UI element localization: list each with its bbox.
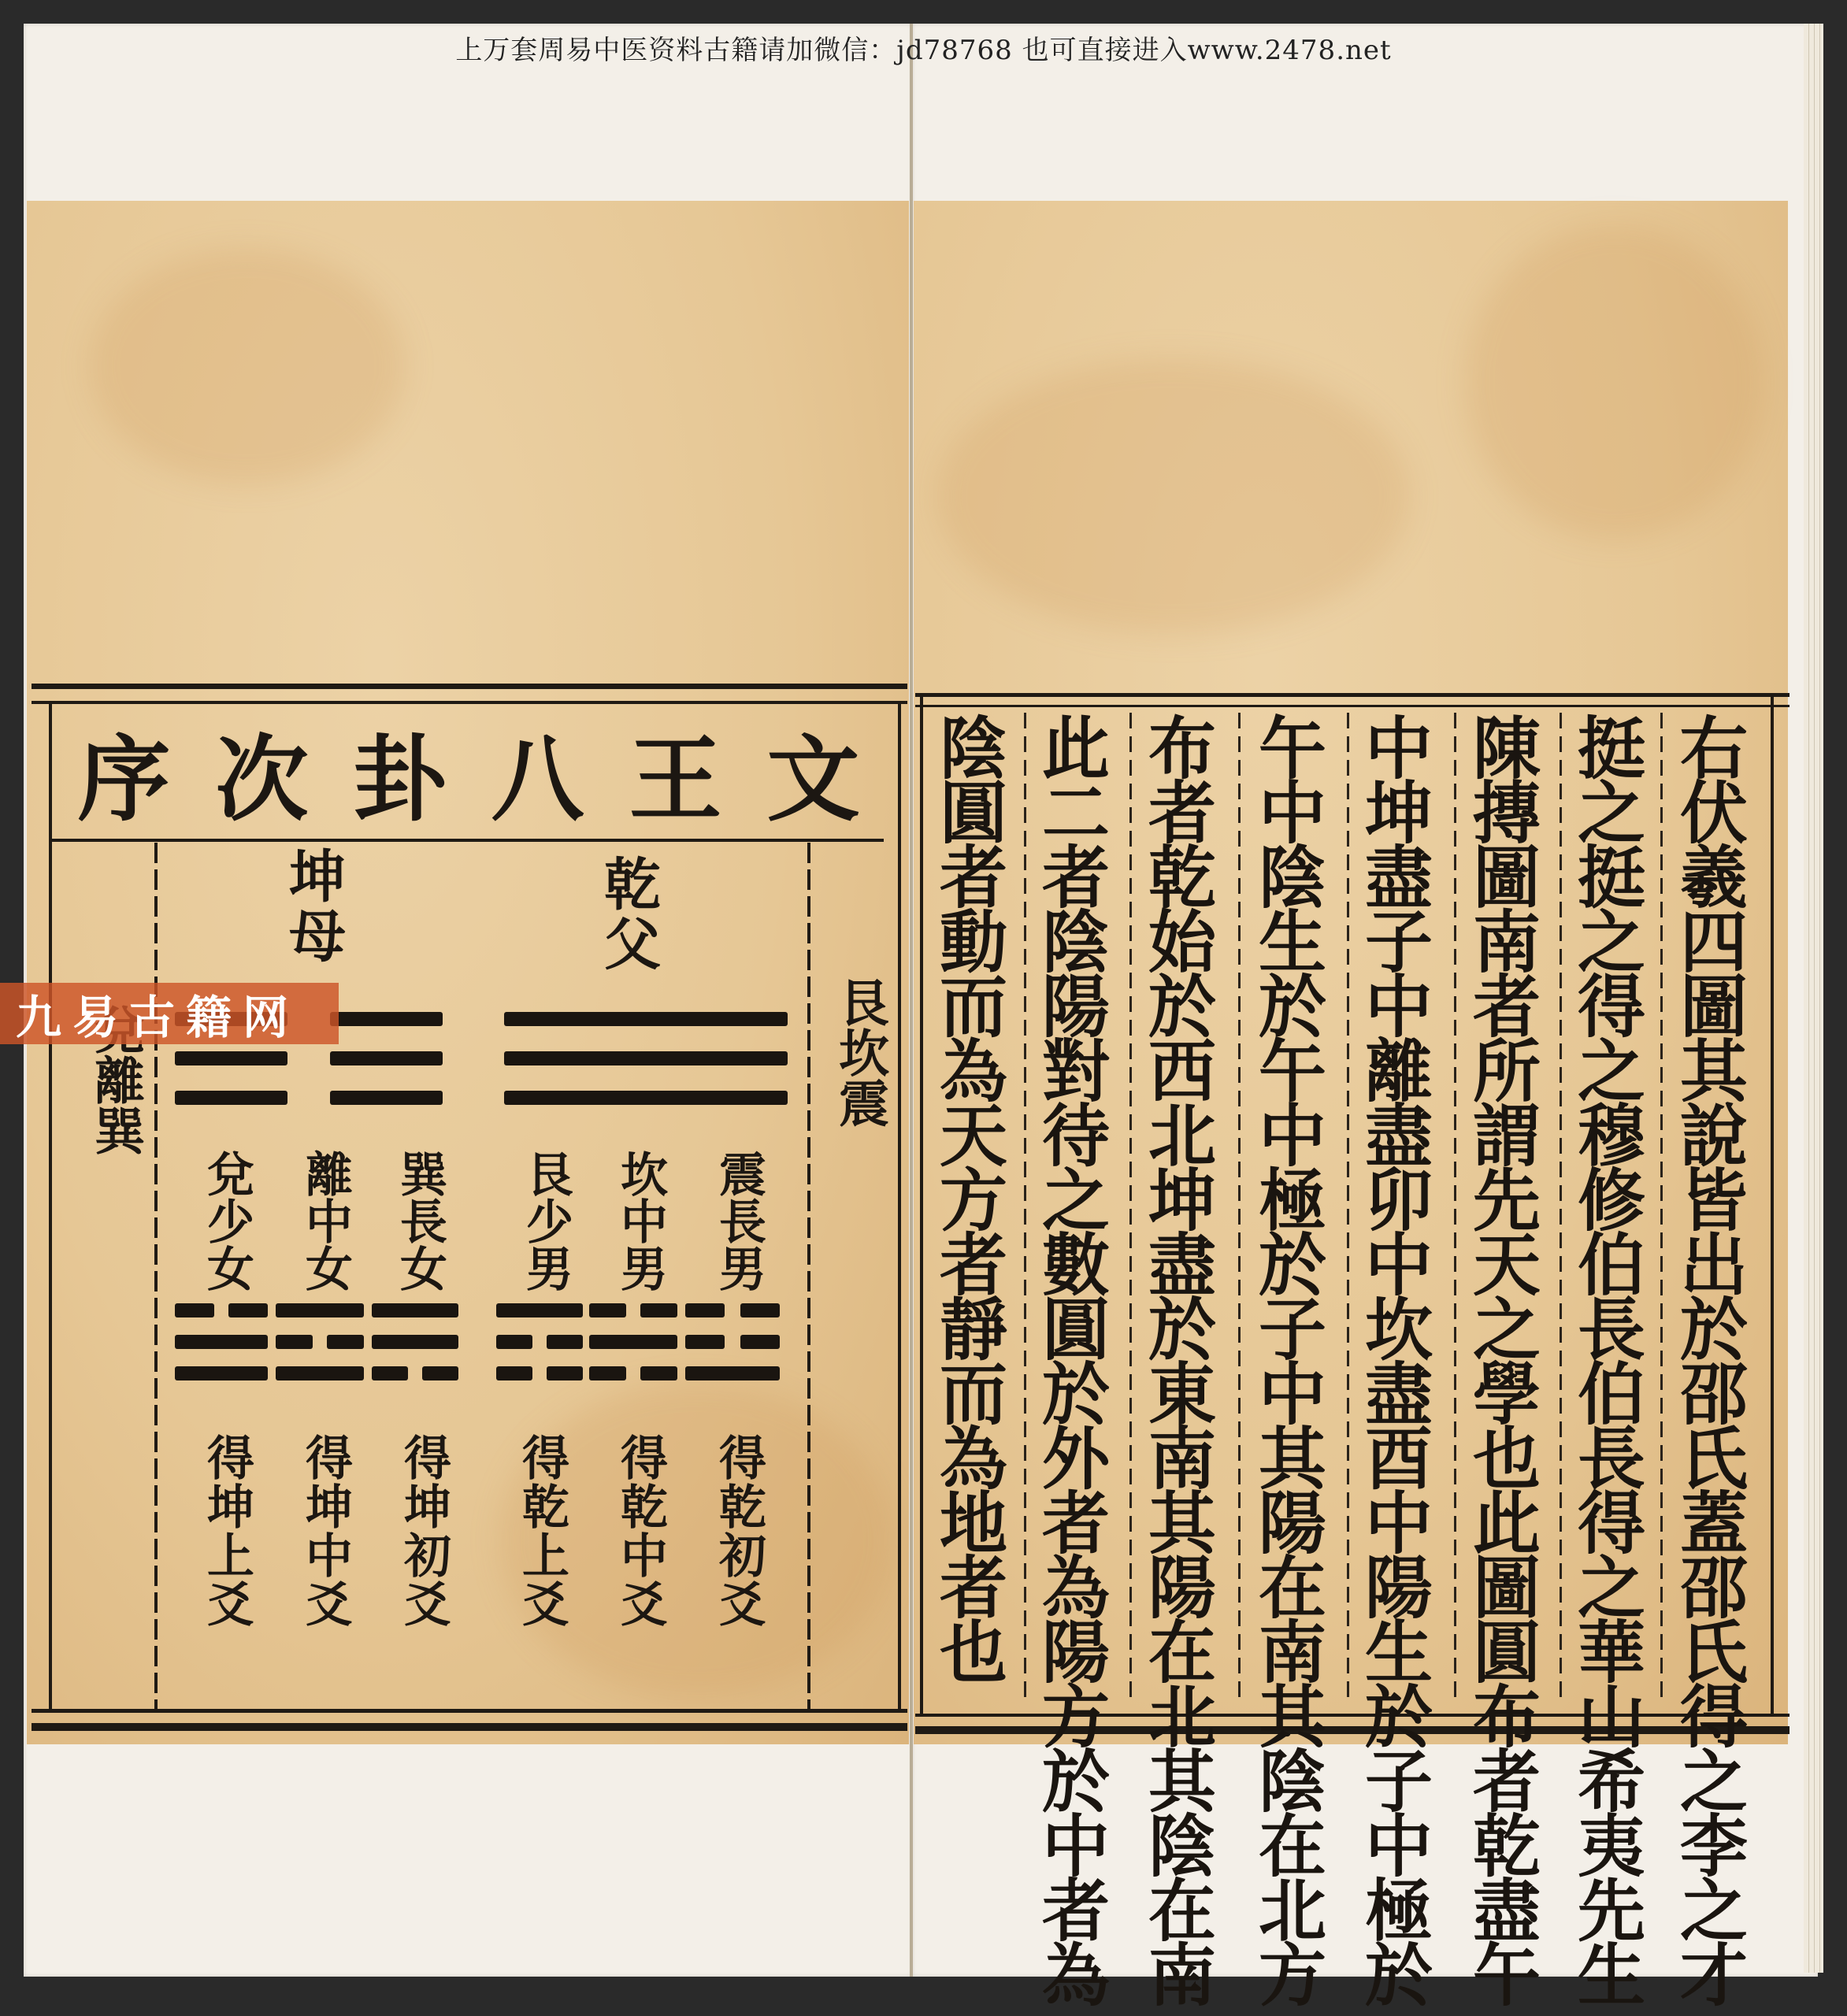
column-separator — [1660, 713, 1663, 1697]
text-column-7: 此二者陰陽對待之數圓於外者為陽方於中者為 — [1036, 713, 1103, 2004]
column-separator — [1560, 713, 1562, 1697]
left-page — [27, 201, 909, 1744]
trigram-line — [685, 1366, 780, 1380]
trigram-line — [276, 1366, 364, 1380]
trigram-qian — [504, 1012, 788, 1105]
text-column-6: 布者乾始於西北坤盡於東南其陽在北其陰在南 — [1142, 713, 1210, 2004]
column-separator — [1454, 713, 1456, 1697]
trigram-line — [504, 1012, 788, 1026]
trigram-line — [175, 1091, 443, 1105]
parent-label-kun: 坤母 — [272, 847, 354, 966]
title-char: 卦 — [353, 705, 446, 839]
yao-label-li: 得坤中爻 — [291, 1433, 359, 1629]
right-frame-left-rule — [920, 693, 923, 1717]
column-separator — [1024, 713, 1026, 1697]
page-edges — [1804, 24, 1823, 1973]
trigram-line — [276, 1335, 364, 1349]
trigram-line — [175, 1366, 268, 1380]
stain — [1465, 224, 1764, 539]
trigram-line — [504, 1051, 788, 1065]
trigram-line — [589, 1366, 677, 1380]
frame-inner-top-rule — [32, 701, 907, 704]
trigram-line — [685, 1303, 780, 1317]
frame-left-rule — [49, 701, 52, 1709]
right-frame-top-rule — [915, 693, 1790, 697]
text-column-2: 挺之挺之得之穆修伯長伯長得之華山希夷先生 — [1571, 713, 1639, 2004]
trigram-kan — [589, 1303, 677, 1380]
text-column-3: 陳摶圖南者所謂先天之學也此圖圓布者乾盡午 — [1467, 713, 1534, 2004]
yao-label-zhen: 得乾初爻 — [705, 1433, 773, 1629]
trigram-line — [175, 1051, 443, 1065]
trigram-dui — [175, 1303, 268, 1380]
child-label-xun: 巽長女 — [386, 1150, 454, 1291]
parent-label-qian: 乾父 — [587, 854, 669, 974]
trigram-line — [685, 1335, 780, 1349]
title-char: 次 — [215, 705, 308, 839]
trigram-line — [175, 1303, 268, 1317]
trigram-line — [276, 1303, 364, 1317]
right-frame-inner-top-rule — [915, 705, 1790, 707]
yao-label-dui: 得坤上爻 — [193, 1433, 261, 1629]
title-char: 八 — [491, 705, 584, 839]
trigram-li — [276, 1303, 364, 1380]
child-label-zhen: 震長男 — [705, 1150, 773, 1291]
yao-label-gen: 得乾上爻 — [508, 1433, 576, 1629]
trigram-line — [496, 1303, 583, 1317]
trigram-line — [589, 1303, 677, 1317]
book-gutter — [910, 24, 913, 1977]
page-title: 文 王 八 卦 次 序 — [55, 705, 882, 839]
yao-label-kan: 得乾中爻 — [606, 1433, 674, 1629]
trigram-line — [175, 1335, 268, 1349]
column-separator — [1347, 713, 1349, 1697]
yao-label-xun: 得坤初爻 — [390, 1433, 458, 1629]
inner-right-rule — [807, 843, 810, 1709]
title-char: 王 — [629, 705, 721, 839]
trigram-line — [496, 1366, 583, 1380]
inner-left-rule — [154, 843, 158, 1709]
title-underline — [49, 839, 884, 842]
title-char: 文 — [766, 705, 859, 839]
column-separator — [1129, 713, 1132, 1697]
trigram-line — [372, 1335, 458, 1349]
stain — [937, 358, 1410, 634]
trigram-line — [496, 1335, 583, 1349]
child-label-dui: 兌少女 — [193, 1150, 261, 1291]
title-char: 序 — [77, 705, 170, 839]
watermark-banner: 上万套周易中医资料古籍请加微信：jd78768 也可直接进入www.2478.n… — [0, 28, 1847, 67]
text-column-5: 午中陰生於午中極於子中其陽在南其陰在北方 — [1252, 713, 1320, 2004]
frame-right-rule — [898, 701, 901, 1709]
trigram-line — [504, 1091, 788, 1105]
trigram-line — [589, 1335, 677, 1349]
right-frame-right-rule — [1771, 693, 1774, 1717]
watermark-badge: 九易古籍网 — [0, 983, 339, 1044]
trigram-zhen — [685, 1303, 780, 1380]
child-label-kan: 坎中男 — [606, 1150, 674, 1291]
frame-top-rule — [32, 684, 907, 689]
frame-bottom-rule — [32, 1709, 907, 1713]
margin-right-column: 艮坎震 — [823, 976, 896, 1128]
text-column-1: 右伏羲四圖其說皆出於邵氏蓋邵氏得之李之才 — [1674, 713, 1741, 2004]
trigram-xun — [372, 1303, 458, 1380]
frame-bottom-thick-rule — [32, 1723, 907, 1731]
stain — [90, 248, 405, 484]
child-label-li: 離中女 — [291, 1150, 359, 1291]
trigram-gen — [496, 1303, 583, 1380]
trigram-line — [372, 1303, 458, 1317]
text-column-8: 陰圓者動而為天方者靜而為地者也 — [933, 713, 1001, 1681]
text-column-4: 中坤盡子中離盡卯中坎盡酉中陽生於子中極於 — [1359, 713, 1426, 2004]
child-label-gen: 艮少男 — [512, 1150, 580, 1291]
column-separator — [1238, 713, 1241, 1697]
trigram-line — [372, 1366, 458, 1380]
